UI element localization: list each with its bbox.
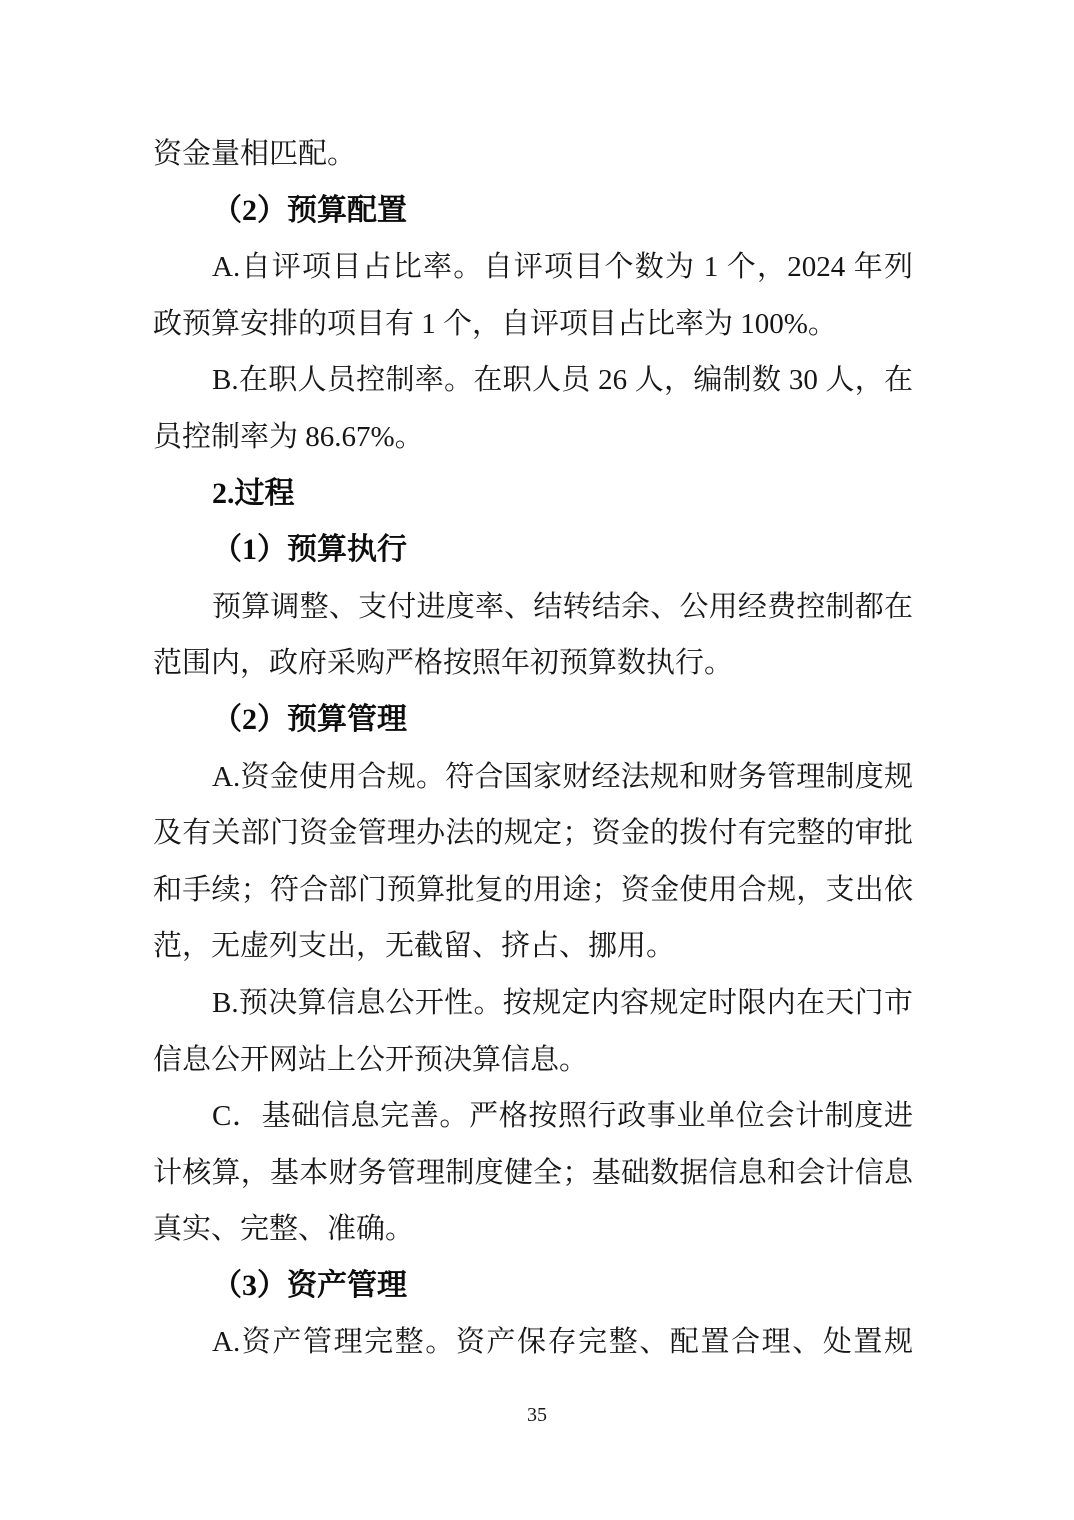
text-line: 预算调整、支付进度率、结转结余、公用经费控制都在合理 — [153, 579, 913, 636]
text-line: 资金量相匹配。 — [153, 126, 913, 183]
text-line: 员控制率为 86.67%。 — [153, 409, 913, 466]
text-line: 范围内，政府采购严格按照年初预算数执行。 — [153, 635, 913, 692]
text-line: 及有关部门资金管理办法的规定；资金的拨付有完整的审批过程 — [153, 805, 913, 862]
heading-line: （2）预算管理 — [153, 692, 913, 749]
heading-line: 2.过程 — [153, 466, 913, 523]
text-line: C．基础信息完善。严格按照行政事业单位会计制度进行会 — [153, 1088, 913, 1145]
page-number: 35 — [0, 1400, 1074, 1430]
text-line: 和手续；符合部门预算批复的用途；资金使用合规，支出依据规 — [153, 862, 913, 919]
text-line: B.在职人员控制率。在职人员 26 人，编制数 30 人，在职人 — [153, 352, 913, 409]
text-line: 范，无虚列支出，无截留、挤占、挪用。 — [153, 918, 913, 975]
heading-line: （2）预算配置 — [153, 183, 913, 240]
text-line: A.资金使用合规。符合国家财经法规和财务管理制度规定以 — [153, 749, 913, 806]
text-line: A.自评项目占比率。自评项目个数为 1 个，2024 年列入财 — [153, 239, 913, 296]
text-line: 政预算安排的项目有 1 个，自评项目占比率为 100%。 — [153, 296, 913, 353]
heading-line: （1）预算执行 — [153, 522, 913, 579]
document-body: 资金量相匹配。（2）预算配置A.自评项目占比率。自评项目个数为 1 个，2024… — [153, 126, 913, 1371]
text-line: A.资产管理完整。资产保存完整、配置合理、处置规范、资 — [153, 1314, 913, 1371]
heading-line: （3）资产管理 — [153, 1258, 913, 1315]
text-line: 计核算，基本财务管理制度健全；基础数据信息和会计信息资料 — [153, 1145, 913, 1202]
document-page: 资金量相匹配。（2）预算配置A.自评项目占比率。自评项目个数为 1 个，2024… — [0, 0, 1074, 1520]
text-line: 信息公开网站上公开预决算信息。 — [153, 1032, 913, 1089]
text-line: B.预决算信息公开性。按规定内容规定时限内在天门市政府 — [153, 975, 913, 1032]
text-line: 真实、完整、准确。 — [153, 1201, 913, 1258]
